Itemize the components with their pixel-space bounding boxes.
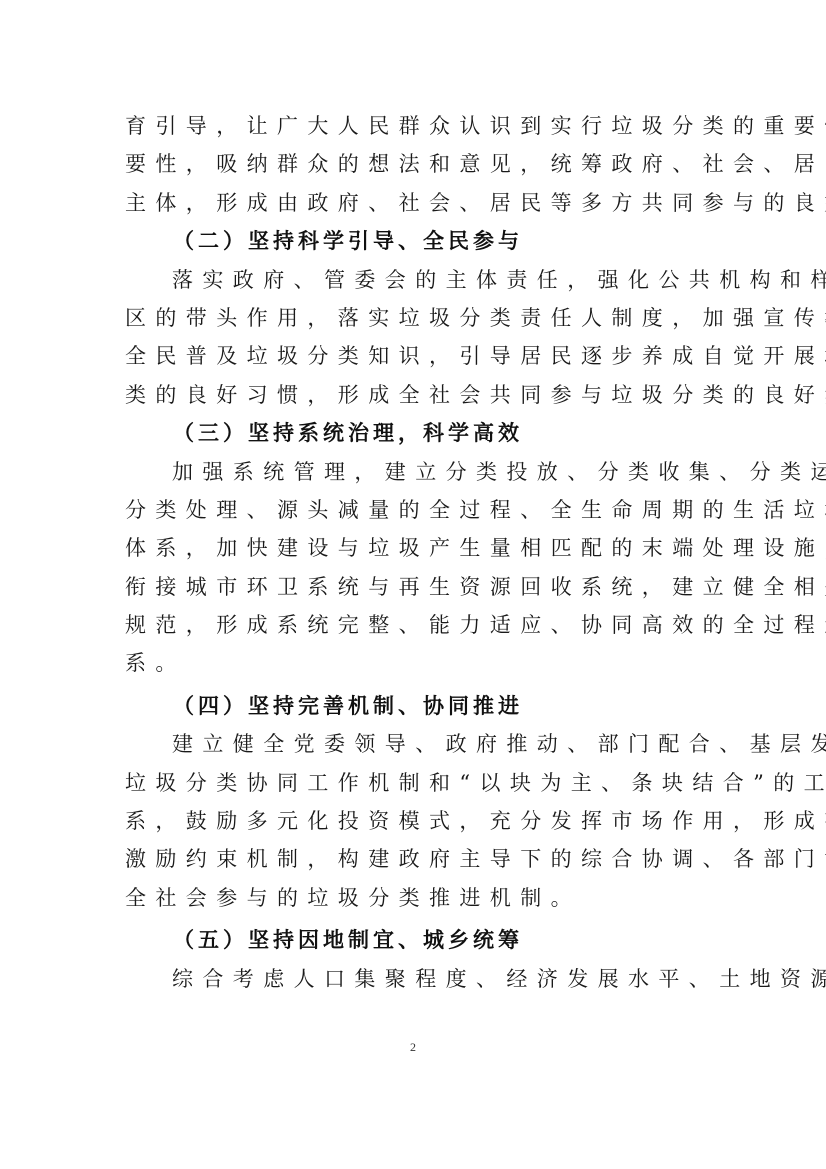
- text-line: 规范，形成系统完整、能力适应、协同高效的全过程运行体: [125, 606, 707, 644]
- text-line: 衔接城市环卫系统与再生资源回收系统，建立健全相关标准: [125, 568, 707, 606]
- text-line: 综合考虑人口集聚程度、经济发展水平、土地资源、垃: [125, 960, 707, 998]
- page-number: 2: [0, 1040, 826, 1055]
- text-line: 分类处理、源头减量的全过程、全生命周期的生活垃圾分类: [125, 491, 707, 529]
- text-line: 加强系统管理，建立分类投放、分类收集、分类运输、: [125, 453, 707, 491]
- text-line: 要性，吸纳群众的想法和意见，统筹政府、社会、居民三大: [125, 145, 707, 183]
- text-line: 系。: [125, 644, 707, 682]
- section-heading-3: （三）坚持系统治理，科学高效: [125, 414, 707, 452]
- paragraph-section-4: 建立健全党委领导、政府推动、部门配合、基层发力的 垃圾分类协同工作机制和“以块为…: [125, 725, 707, 917]
- section-heading-2: （二）坚持科学引导、全民参与: [125, 222, 707, 260]
- text-line: 育引导，让广大人民群众认识到实行垃圾分类的重要性和必: [125, 107, 707, 145]
- paragraph-section-2: 落实政府、管委会的主体责任，强化公共机构和样板小 区的带头作用，落实垃圾分类责任…: [125, 261, 707, 415]
- text-line: 区的带头作用，落实垃圾分类责任人制度，加强宣传教育，: [125, 299, 707, 337]
- section-heading-4: （四）坚持完善机制、协同推进: [125, 687, 707, 725]
- text-line: 激励约束机制，构建政府主导下的综合协调、各部门协作、: [125, 840, 707, 878]
- text-line: 垃圾分类协同工作机制和“以块为主、条块结合”的工作体: [125, 764, 707, 802]
- section-heading-5: （五）坚持因地制宜、城乡统筹: [125, 921, 707, 959]
- text-line: 建立健全党委领导、政府推动、部门配合、基层发力的: [125, 725, 707, 763]
- text-line: 落实政府、管委会的主体责任，强化公共机构和样板小: [125, 261, 707, 299]
- paragraph-section-5: 综合考虑人口集聚程度、经济发展水平、土地资源、垃: [125, 960, 707, 998]
- text-line: 主体，形成由政府、社会、居民等多方共同参与的良好局面。: [125, 184, 707, 222]
- paragraph-section-3: 加强系统管理，建立分类投放、分类收集、分类运输、 分类处理、源头减量的全过程、全…: [125, 453, 707, 683]
- text-line: 体系，加快建设与垃圾产生量相匹配的末端处理设施，有机: [125, 529, 707, 567]
- text-line: 全民普及垃圾分类知识，引导居民逐步养成自觉开展垃圾分: [125, 337, 707, 375]
- document-page: 育引导，让广大人民群众认识到实行垃圾分类的重要性和必 要性，吸纳群众的想法和意见…: [0, 0, 826, 1169]
- page-body: 育引导，让广大人民群众认识到实行垃圾分类的重要性和必 要性，吸纳群众的想法和意见…: [125, 107, 707, 998]
- paragraph-continued: 育引导，让广大人民群众认识到实行垃圾分类的重要性和必 要性，吸纳群众的想法和意见…: [125, 107, 707, 222]
- text-line: 全社会参与的垃圾分类推进机制。: [125, 879, 707, 917]
- text-line: 类的良好习惯，形成全社会共同参与垃圾分类的良好氛围。: [125, 376, 707, 414]
- text-line: 系，鼓励多元化投资模式，充分发挥市场作用，形成有效的: [125, 802, 707, 840]
